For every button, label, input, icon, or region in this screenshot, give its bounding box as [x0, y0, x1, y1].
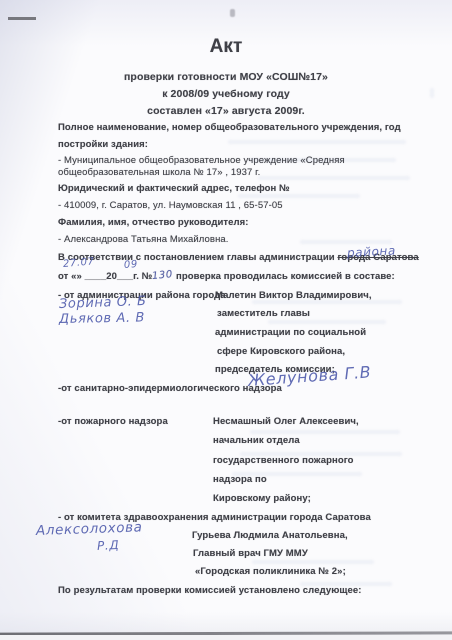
below-page-area	[0, 635, 452, 640]
member3-label: -от пожарного надзора	[58, 416, 168, 427]
order-line-part1: от «» ____20	[58, 271, 117, 282]
scan-top-speck	[230, 9, 235, 17]
resolution-text: В соответствии с постановлением главы ад…	[58, 252, 337, 263]
member4-role-line2: «Городская поликлиника № 2»;	[195, 566, 346, 577]
member3-role-line2: государственного пожарного	[213, 455, 354, 466]
handwritten-date-day: 27.07	[63, 256, 95, 270]
handwritten-order-number: 130	[152, 269, 174, 282]
field-value-fullname: - Муниципальное общеобразовательное учре…	[58, 155, 430, 178]
results-intro-line: По результатам проверки комиссией устано…	[58, 585, 362, 596]
member3-role-line4: Кировскому району;	[213, 493, 311, 504]
scan-corner-dash	[8, 17, 36, 20]
field-value-address: - 410009, г. Саратов, ул. Наумовская 11 …	[58, 200, 283, 211]
handwritten-district-correction: района	[347, 243, 397, 260]
scanned-document-page: Акт проверки готовности МОУ «СОШ№17» к 2…	[0, 0, 452, 640]
field-value-director: - Александрова Татьяна Михайловна.	[58, 234, 229, 245]
document-subtitle-3: составлен «17» августа 2009г.	[0, 105, 452, 117]
member3-name: Несмашный Олег Алексеевич,	[213, 416, 359, 427]
document-subtitle-1: проверки готовности МОУ «СОШ№17»	[0, 71, 452, 83]
handwritten-signature-zorina: Зорина О. Б	[59, 294, 147, 312]
order-line-part3: проверка проводилась комиссией в составе…	[173, 271, 395, 282]
member1-role-line3: сфере Кировского района,	[217, 346, 345, 357]
document-title: Акт	[0, 36, 452, 58]
field-label-address: Юридический и фактический адрес, телефон…	[58, 183, 290, 194]
member1-role-line1: заместитель главы	[217, 308, 310, 319]
order-line: от «» ____20___г. №130 проверка проводил…	[58, 271, 395, 282]
order-line-part2: ___г. №	[117, 271, 152, 282]
member1-name: Малетин Виктор Владимирович,	[215, 290, 372, 301]
member3-role-line3: надзора по	[213, 474, 267, 485]
field-label-fullname-line2: постройки здания:	[58, 139, 148, 150]
member4-role-line1: Главный врач ГМУ ММУ	[193, 548, 308, 559]
member1-role-line2: администрации по социальной	[215, 327, 366, 338]
handwritten-signature-dyakov: Дьяков А. В	[59, 311, 145, 327]
document-subtitle-2: к 2008/09 учебному году	[0, 88, 452, 100]
handwritten-date-year: 09	[124, 259, 139, 271]
handwritten-signature-health: Алексолохова	[36, 519, 143, 539]
member3-role-line1: начальник отдела	[213, 435, 300, 446]
field-label-fullname-line1: Полное наименование, номер общеобразоват…	[58, 122, 401, 133]
field-label-director: Фамилия, имя, отчество руководителя:	[58, 217, 249, 228]
handwritten-signature-health-initials: Р.Д	[97, 538, 120, 553]
member4-name: Гурьева Людмила Анатольевна,	[192, 530, 348, 541]
